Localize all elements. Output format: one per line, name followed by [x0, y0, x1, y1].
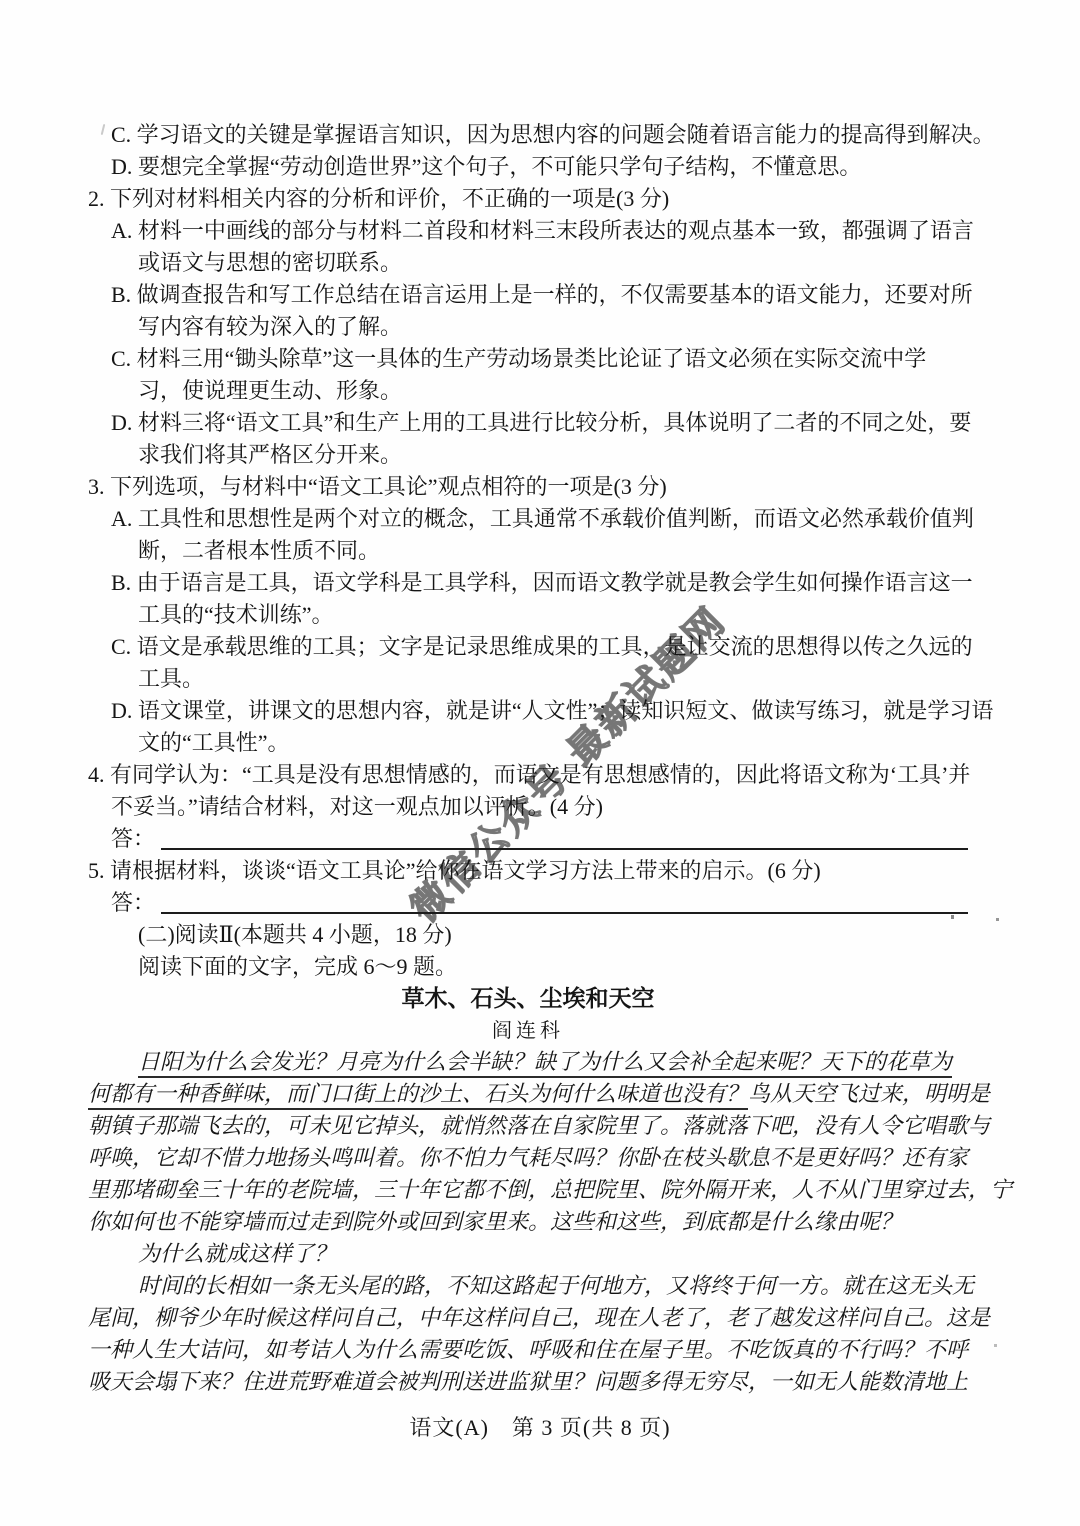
exam-paper-page: 微信公众号 最新试题网 C. 学习语文的关键是掌握语言知识，因为思想内容的问题会… [0, 0, 1080, 1526]
section2-instruction: 阅读下面的文字，完成 6～9 题。 [88, 951, 968, 983]
q4-answer-blank [161, 823, 968, 850]
q4-stem-line2: 不妥当。”请结合材料，对这一观点加以评析。(4 分) [88, 791, 968, 823]
q3-option-b-line1: B. 由于语言是工具，语文学科是工具学科，因而语文教学就是教会学生如何操作语言这… [88, 567, 968, 599]
passage-para3-line1: 时间的长相如一条无头尾的路，不知这路起于何地方，又将终于何一方。就在这无头无 [88, 1271, 968, 1303]
page-content: C. 学习语文的关键是掌握语言知识，因为思想内容的问题会随着语言能力的提高得到解… [88, 119, 968, 1399]
passage-line6: 你如何也不能穿墙而过走到院外或回到家里来。这些和这些，到底都是什么缘由呢？ [88, 1207, 968, 1239]
q2-option-b-line2: 写内容有较为深入的了解。 [88, 311, 968, 343]
q3-option-b-line2: 工具的“技术训练”。 [88, 599, 968, 631]
passage-line3: 朝镇子那端飞去的，可未见它掉头，就悄然落在自家院里了。落就落下吧，没有人令它唱歌… [88, 1111, 968, 1143]
q2-option-a-line2: 或语文与思想的密切联系。 [88, 247, 968, 279]
passage-para2: 为什么就成这样了？ [88, 1239, 968, 1271]
q2-stem: 2. 下列对材料相关内容的分析和评价，不正确的一项是(3 分) [88, 183, 968, 215]
passage-para3-line3: 一种人生大诘问，如考诘人为什么需要吃饭、呼吸和住在屋子里。不吃饭真的不行吗？不呼 [88, 1335, 968, 1367]
passage-line4: 呼唤，它却不惜力地扬头鸣叫着。你不怕力气耗尽吗？你卧在枝头歇息不是更好吗？还有家 [88, 1143, 968, 1175]
q4-answer-label: 答： [111, 823, 155, 855]
q2-option-c-line1: C. 材料三用“锄头除草”这一具体的生产劳动场景类比论证了语文必须在实际交流中学 [88, 343, 968, 375]
q3-option-d-line1: D. 语文课堂，讲课文的思想内容，就是讲“人文性”；读知识短文、做读写练习，就是… [88, 695, 968, 727]
q2-option-d-line2: 求我们将其严格区分开来。 [88, 439, 968, 471]
passage-line5: 里那堵砌垒三十年的老院墙，三十年它都不倒，总把院里、院外隔开来，人不从门里穿过去… [88, 1175, 968, 1207]
q2-option-b-line1: B. 做调查报告和写工作总结在语言运用上是一样的，不仅需要基本的语文能力，还要对… [88, 279, 968, 311]
q2-option-c-line2: 习，使说理更生动、形象。 [88, 375, 968, 407]
scan-speck [994, 1344, 997, 1347]
q3-option-d-line2: 文的“工具性”。 [88, 727, 968, 759]
passage-title: 草木、石头、尘埃和天空 [88, 983, 968, 1015]
passage-line1: 日阳为什么会发光？月亮为什么会半缺？缺了为什么又会补全起来呢？天下的花草为 [88, 1047, 968, 1079]
q3-option-c-line2: 工具。 [88, 663, 968, 695]
q2-option-a-line1: A. 材料一中画线的部分与材料二首段和材料三末段所表达的观点基本一致，都强调了语… [88, 215, 968, 247]
passage-author: 阎连科 [88, 1015, 968, 1047]
underlined-text: 何都有一种香鲜味，而门口街上的沙土、石头为何什么味道也没有？ [88, 1082, 748, 1110]
q3-stem: 3. 下列选项，与材料中“语文工具论”观点相符的一项是(3 分) [88, 471, 968, 503]
page-footer: 语文(A) 第 3 页(共 8 页) [0, 1412, 1080, 1444]
q5-answer-label: 答： [111, 887, 155, 919]
q3-option-a-line1: A. 工具性和思想性是两个对立的概念，工具通常不承载价值判断，而语文必然承载价值… [88, 503, 968, 535]
section2-header: (二)阅读Ⅱ(本题共 4 小题，18 分) [88, 919, 968, 951]
passage-text: 鸟从天空飞过来，明明是 [748, 1082, 990, 1107]
scan-speck [951, 915, 954, 919]
q5-answer-row: 答： [88, 887, 968, 919]
passage-line2: 何都有一种香鲜味，而门口街上的沙土、石头为何什么味道也没有？鸟从天空飞过来，明明… [88, 1079, 968, 1111]
q5-stem: 5. 请根据材料，谈谈“语文工具论”给你在语文学习方法上带来的启示。(6 分) [88, 855, 968, 887]
q5-answer-blank [161, 887, 968, 914]
underlined-text: 日阳为什么会发光？月亮为什么会半缺？缺了为什么又会补全起来呢？天下的花草为 [138, 1050, 952, 1078]
scan-speck [996, 918, 999, 921]
q4-stem-line1: 4. 有同学认为：“工具是没有思想情感的，而语文是有思想感情的，因此将语文称为‘… [88, 759, 968, 791]
q3-option-a-line2: 断，二者根本性质不同。 [88, 535, 968, 567]
q2-option-d-line1: D. 材料三将“语文工具”和生产上用的工具进行比较分析，具体说明了二者的不同之处… [88, 407, 968, 439]
q3-option-c-line1: C. 语文是承载思维的工具；文字是记录思维成果的工具，是让交流的思想得以传之久远… [88, 631, 968, 663]
q1-option-d: D. 要想完全掌握“劳动创造世界”这个句子，不可能只学句子结构，不懂意思。 [88, 151, 968, 183]
q1-option-c: C. 学习语文的关键是掌握语言知识，因为思想内容的问题会随着语言能力的提高得到解… [88, 119, 968, 151]
passage-para3-line2: 尾间，柳爷少年时候这样问自己，中年这样问自己，现在人老了，老了越发这样问自己。这… [88, 1303, 968, 1335]
q4-answer-row: 答： [88, 823, 968, 855]
passage-para3-line4: 吸天会塌下来？住进荒野难道会被判刑送进监狱里？问题多得无穷尽，一如无人能数清地上 [88, 1367, 968, 1399]
